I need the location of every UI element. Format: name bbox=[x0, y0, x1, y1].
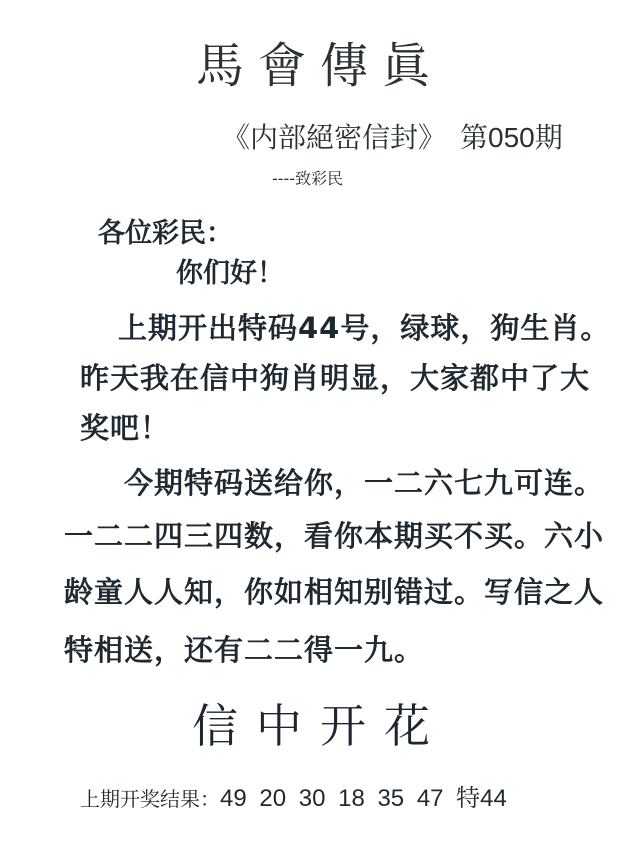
body-line: 昨天我在信中狗肖明显，大家都中了大 bbox=[80, 358, 590, 398]
salutation: 各位彩民： bbox=[98, 216, 233, 252]
last-results-numbers: 49 20 30 18 35 47 特44 bbox=[220, 785, 507, 812]
subtitle-label: 《内部絕密信封》 bbox=[222, 121, 446, 154]
body-line: 上期开出特码44号，绿球，狗生肖。 bbox=[118, 308, 610, 348]
greeting: 你们好！ bbox=[176, 256, 284, 292]
last-results-label: 上期开奖结果： bbox=[80, 787, 220, 811]
subtitle: 《内部絕密信封》第050期 bbox=[222, 118, 563, 158]
document-title: 馬會傳眞 bbox=[0, 34, 640, 98]
body-line: 今期特码送给你，一二六七九可连。 bbox=[124, 463, 604, 503]
last-results: 上期开奖结果：49 20 30 18 35 47 特44 bbox=[80, 784, 507, 814]
body-line: 龄童人人知，你如相知别错过。写信之人 bbox=[64, 572, 604, 612]
issue-number: 第050期 bbox=[460, 122, 563, 153]
body-line: 特相送，还有二二得一九。 bbox=[64, 630, 424, 670]
byline: ----致彩民 bbox=[272, 168, 343, 190]
body-line: 一二二四三四数，看你本期买不买。六小 bbox=[64, 516, 604, 556]
motto-heading: 信中开花 bbox=[0, 696, 640, 756]
body-line: 奖吧！ bbox=[80, 408, 170, 448]
